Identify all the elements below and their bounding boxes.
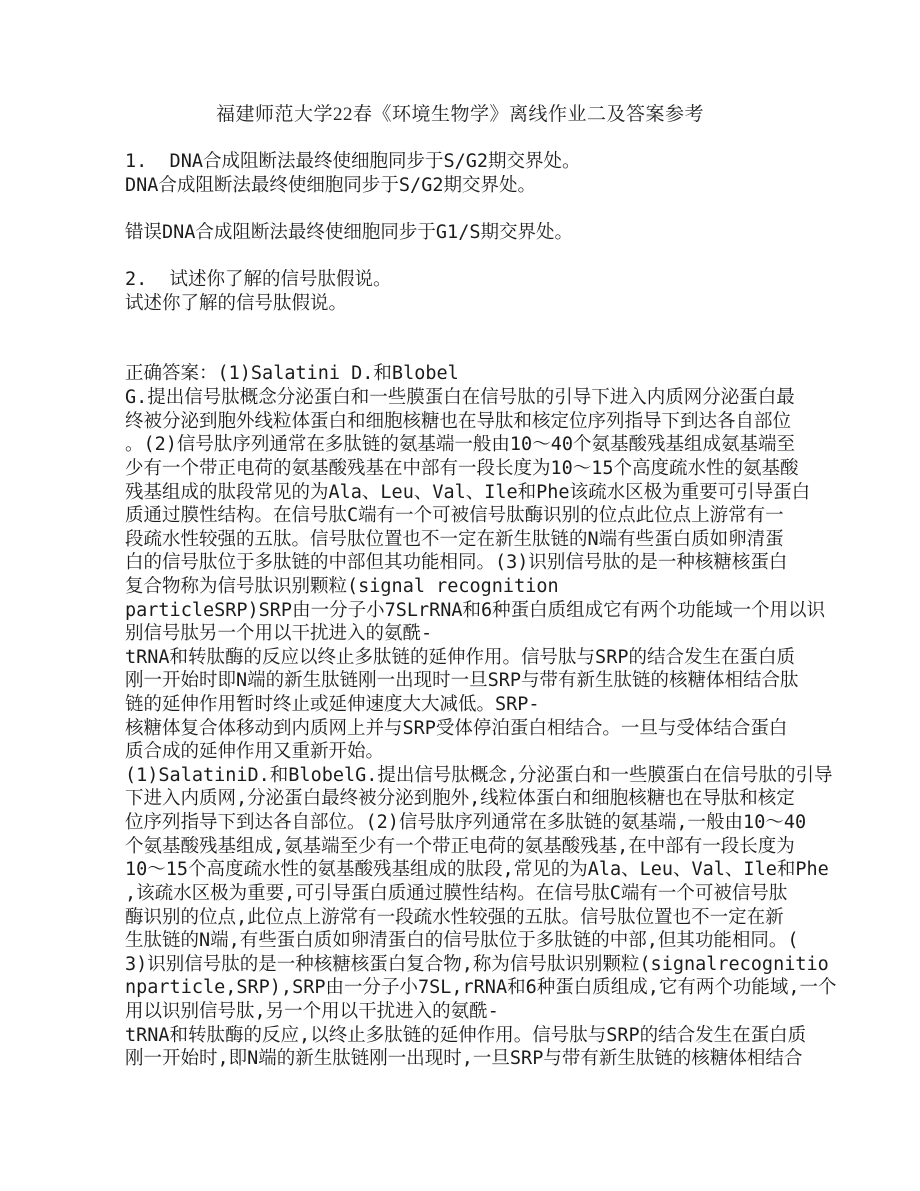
text-line: 。(2)信号肽序列通常在多肽链的氨基端一般由10～40个氨基酸残基组成氨基端至 <box>125 433 825 457</box>
text-line: 酶识别的位点,此位点上游常有一段疏水性较强的五肽。信号肽位置也不一定在新 <box>125 906 825 930</box>
document-body: 1. DNA合成阻断法最终使细胞同步于S/G2期交界处。 DNA合成阻断法最终使… <box>125 150 825 1071</box>
text-line: 终被分泌到胞外线粒体蛋白和细胞核糖也在导肽和核定位序列指导下到达各自部位 <box>125 410 825 434</box>
text-line: ,该疏水区极为重要,可引导蛋白质通过膜性结构。在信号肽C端有一个可被信号肽 <box>125 882 825 906</box>
text-line: 试述你了解的信号肽假说。 <box>125 292 825 316</box>
text-line: tRNA和转肽酶的反应以终止多肽链的延伸作用。信号肽与SRP的结合发生在蛋白质 <box>125 646 825 670</box>
text-line: 白的信号肽位于多肽链的中部但其功能相同。(3)识别信号肽的是一种核糖核蛋白 <box>125 551 825 575</box>
text-line: 正确答案：(1)Salatini D.和Blobel <box>125 362 825 386</box>
text-line: 错误DNA合成阻断法最终使细胞同步于G1/S期交界处。 <box>125 221 825 245</box>
text-line: 刚一开始时即N端的新生肽链刚一出现时一旦SRP与带有新生肽链的核糖体相结合肽 <box>125 669 825 693</box>
text-line: (1)SalatiniD.和BlobelG.提出信号肽概念,分泌蛋白和一些膜蛋白… <box>125 764 825 788</box>
text-line: 2. 试述你了解的信号肽假说。 <box>125 268 825 292</box>
text-line: 复合物称为信号肽识别颗粒(signal recognition <box>125 575 825 599</box>
text-line: 质通过膜性结构。在信号肽C端有一个可被信号肽酶识别的位点此位点上游常有一 <box>125 504 825 528</box>
text-line <box>125 197 825 221</box>
text-line: 段疏水性较强的五肽。信号肽位置也不一定在新生肽链的N端有些蛋白质如卵清蛋 <box>125 528 825 552</box>
text-line: tRNA和转肽酶的反应,以终止多肽链的延伸作用。信号肽与SRP的结合发生在蛋白质 <box>125 1024 825 1048</box>
text-line: 生肽链的N端,有些蛋白质如卵清蛋白的信号肽位于多肽链的中部,但其功能相同。( <box>125 929 825 953</box>
text-line: G.提出信号肽概念分泌蛋白和一些膜蛋白在信号肽的引导下进入内质网分泌蛋白最 <box>125 386 825 410</box>
text-line: 质合成的延伸作用又重新开始。 <box>125 740 825 764</box>
text-line: 刚一开始时,即N端的新生肽链刚一出现时,一旦SRP与带有新生肽链的核糖体相结合 <box>125 1047 825 1071</box>
text-line: 位序列指导下到达各自部位。(2)信号肽序列通常在多肽链的氨基端,一般由10～40 <box>125 811 825 835</box>
text-line: 个氨基酸残基组成,氨基端至少有一个带正电荷的氨基酸残基,在中部有一段长度为 <box>125 835 825 859</box>
text-line: 10～15个高度疏水性的氨基酸残基组成的肽段,常见的为Ala、Leu、Val、I… <box>125 858 825 882</box>
text-line: nparticle,SRP),SRP由一分子小7SL,rRNA和6种蛋白质组成,… <box>125 976 825 1000</box>
text-line: DNA合成阻断法最终使细胞同步于S/G2期交界处。 <box>125 174 825 198</box>
text-line: 用以识别信号肽,另一个用以干扰进入的氨酰- <box>125 1000 825 1024</box>
text-line: 链的延伸作用暂时终止或延伸速度大大减低。SRP- <box>125 693 825 717</box>
text-line: 1. DNA合成阻断法最终使细胞同步于S/G2期交界处。 <box>125 150 825 174</box>
document-title: 福建师范大学22春《环境生物学》离线作业二及答案参考 <box>0 103 920 127</box>
document-page: 福建师范大学22春《环境生物学》离线作业二及答案参考 1. DNA合成阻断法最终… <box>0 0 920 1191</box>
text-line: 3)识别信号肽的是一种核糖核蛋白复合物,称为信号肽识别颗粒(signalreco… <box>125 953 825 977</box>
text-line: 下进入内质网,分泌蛋白最终被分泌到胞外,线粒体蛋白和细胞核糖也在导肽和核定 <box>125 787 825 811</box>
text-line: 少有一个带正电荷的氨基酸残基在中部有一段长度为10～15个高度疏水性的氨基酸 <box>125 457 825 481</box>
text-line <box>125 244 825 268</box>
text-line: 核糖体复合体移动到内质网上并与SRP受体停泊蛋白相结合。一旦与受体结合蛋白 <box>125 717 825 741</box>
text-line <box>125 315 825 339</box>
text-line: 别信号肽另一个用以干扰进入的氨酰- <box>125 622 825 646</box>
text-line: particleSRP)SRP由一分子小7SLrRNA和6种蛋白质组成它有两个功… <box>125 599 825 623</box>
text-line: 残基组成的肽段常见的为Ala、Leu、Val、Ile和Phe该疏水区极为重要可引… <box>125 481 825 505</box>
text-line <box>125 339 825 363</box>
